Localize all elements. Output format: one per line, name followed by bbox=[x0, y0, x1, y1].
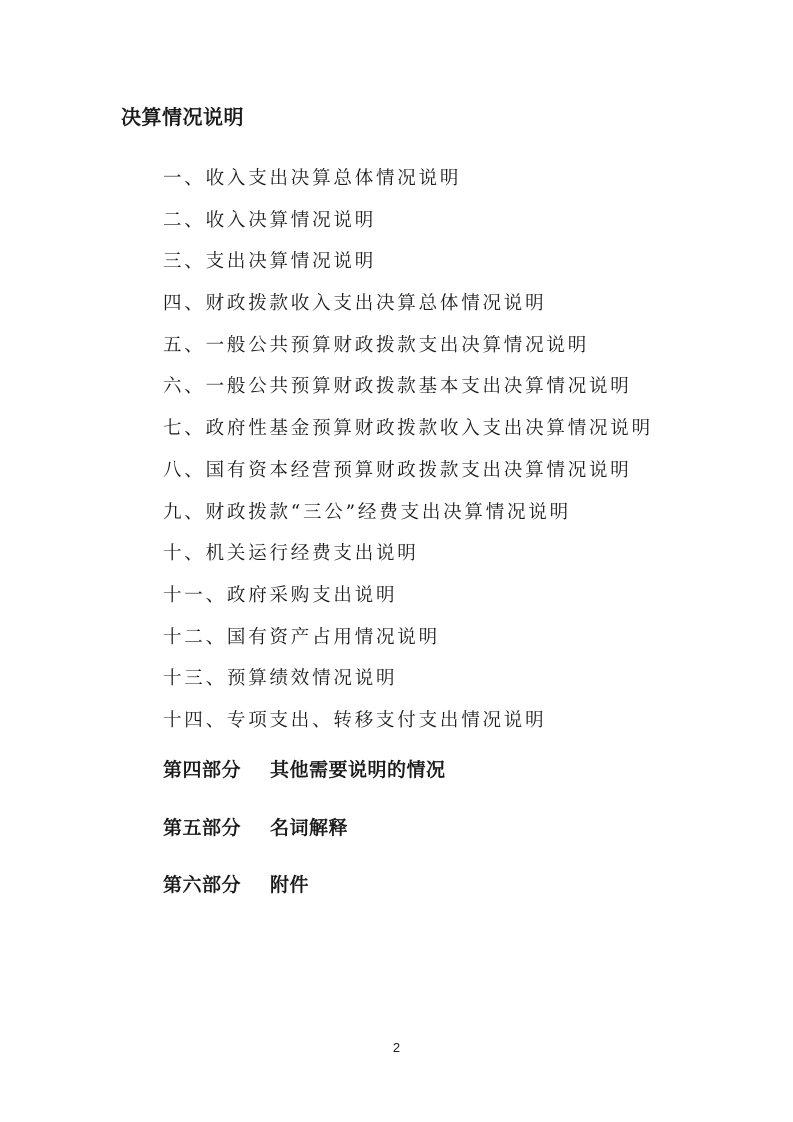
part-name: 名词解释 bbox=[270, 817, 348, 839]
part-name: 其他需要说明的情况 bbox=[270, 759, 446, 781]
part-heading: 第四部分其他需要说明的情况 bbox=[163, 756, 446, 814]
page-number: 2 bbox=[0, 1040, 793, 1055]
toc-item: 八、国有资本经营预算财政拨款支出决算情况说明 bbox=[163, 450, 653, 492]
toc-item: 十、机关运行经费支出说明 bbox=[163, 533, 653, 575]
document-page: 决算情况说明 一、收入支出决算总体情况说明 二、收入决算情况说明 三、支出决算情… bbox=[0, 0, 793, 1122]
toc-item: 十二、国有资产占用情况说明 bbox=[163, 617, 653, 659]
toc-item: 十一、政府采购支出说明 bbox=[163, 575, 653, 617]
part-number: 第四部分 bbox=[163, 756, 270, 785]
section-title: 决算情况说明 bbox=[121, 103, 244, 131]
toc-item: 六、一般公共预算财政拨款基本支出决算情况说明 bbox=[163, 366, 653, 408]
part-number: 第六部分 bbox=[163, 871, 270, 900]
toc-item: 七、政府性基金预算财政拨款收入支出决算情况说明 bbox=[163, 408, 653, 450]
toc-item: 四、财政拨款收入支出决算总体情况说明 bbox=[163, 283, 653, 325]
toc-item: 十三、预算绩效情况说明 bbox=[163, 658, 653, 700]
toc-item: 五、一般公共预算财政拨款支出决算情况说明 bbox=[163, 325, 653, 367]
part-list: 第四部分其他需要说明的情况 第五部分名词解释 第六部分附件 bbox=[163, 756, 446, 929]
part-heading: 第五部分名词解释 bbox=[163, 814, 446, 872]
toc-item: 一、收入支出决算总体情况说明 bbox=[163, 158, 653, 200]
part-heading: 第六部分附件 bbox=[163, 871, 446, 929]
toc-item: 九、财政拨款“三公”经费支出决算情况说明 bbox=[163, 492, 653, 534]
toc-item: 三、支出决算情况说明 bbox=[163, 241, 653, 283]
toc-item: 二、收入决算情况说明 bbox=[163, 200, 653, 242]
part-name: 附件 bbox=[270, 874, 309, 896]
toc-list: 一、收入支出决算总体情况说明 二、收入决算情况说明 三、支出决算情况说明 四、财… bbox=[163, 158, 653, 742]
toc-item: 十四、专项支出、转移支付支出情况说明 bbox=[163, 700, 653, 742]
part-number: 第五部分 bbox=[163, 814, 270, 843]
